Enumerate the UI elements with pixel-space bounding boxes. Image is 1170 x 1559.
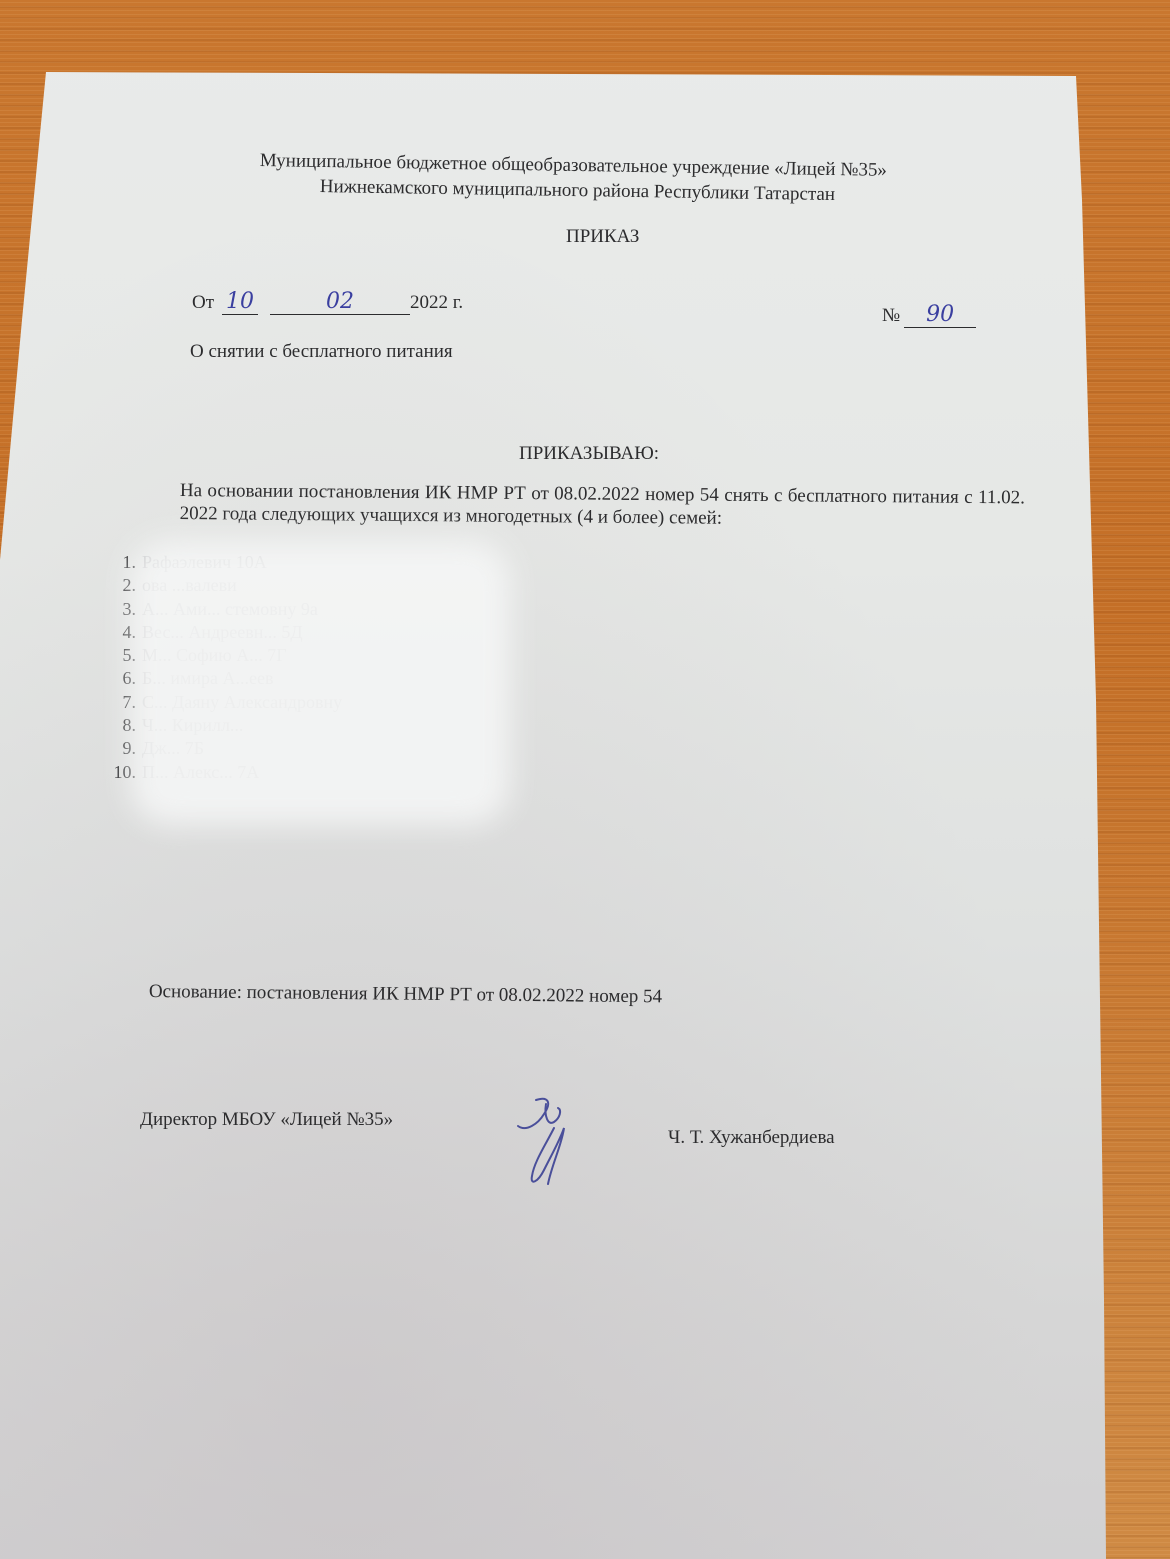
order-paragraph: На основании постановления ИК НМР РТ от … bbox=[180, 479, 1025, 532]
date-year: 2022 г. bbox=[410, 292, 463, 314]
decree-heading: ПРИКАЗЫВАЮ: bbox=[519, 443, 659, 465]
number-value: 90 bbox=[904, 302, 976, 328]
order-date: От 10 02 2022 г. bbox=[192, 289, 463, 315]
order-title: ПРИКАЗ bbox=[566, 226, 639, 248]
signer-name: Ч. Т. Хужанбердиева bbox=[668, 1127, 835, 1149]
director-title: Директор МБОУ «Лицей №35» bbox=[140, 1109, 393, 1131]
order-subject: О снятии с бесплатного питания bbox=[190, 341, 453, 363]
signature-icon bbox=[508, 1092, 588, 1192]
redaction-blur bbox=[130, 540, 510, 825]
date-prefix: От bbox=[192, 292, 214, 314]
date-month: 02 bbox=[270, 289, 410, 315]
date-day: 10 bbox=[222, 289, 258, 315]
order-number: № 90 bbox=[882, 302, 976, 328]
number-label: № bbox=[882, 305, 900, 327]
